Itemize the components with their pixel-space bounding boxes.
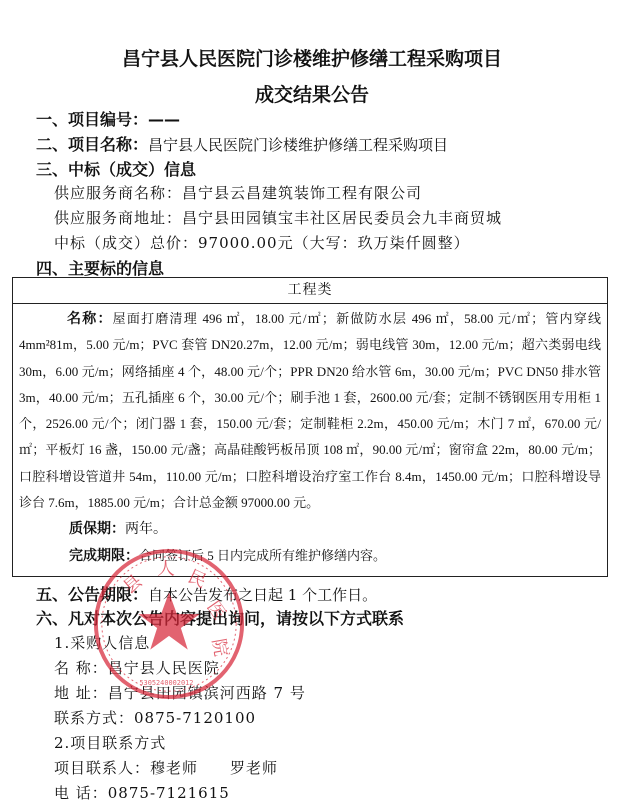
purchaser-address: 地 址：昌宁县田园镇滨河西路 7 号	[54, 682, 306, 703]
announcement-period-value: 自本公告发布之日起 1 个工作日。	[148, 586, 377, 604]
section-announcement-period: 五、公告期限：自本公告发布之日起 1 个工作日。	[36, 582, 377, 605]
section-contact: 六、凡对本次公告内容提出询问，请按以下方式联系	[36, 606, 404, 629]
section-label: 二、项目名称：	[36, 135, 148, 154]
section-label: 五、公告期限：	[36, 585, 148, 604]
document-title: 昌宁县人民医院门诊楼维护修缮工程采购项目	[0, 44, 624, 71]
supplier-name: 供应服务商名称：昌宁县云昌建筑装饰工程有限公司	[54, 182, 422, 203]
project-contact-heading: 2.项目联系方式	[54, 732, 166, 753]
section-project-name: 二、项目名称：昌宁县人民医院门诊楼维护修缮工程采购项目	[36, 132, 448, 155]
purchaser-heading: 1.采购人信息	[54, 632, 150, 653]
section-main-subject: 四、主要标的信息	[36, 256, 164, 279]
purchaser-name: 名 称：昌宁县人民医院	[54, 657, 220, 678]
deadline-row: 完成期限：合同签订后 5 日内完成所有维护修缮内容。	[19, 543, 601, 570]
name-label: 名称：	[67, 311, 113, 327]
section-project-number: 一、项目编号：——	[36, 107, 180, 130]
warranty-row: 质保期：两年。	[19, 516, 601, 543]
svg-text:院: 院	[208, 637, 232, 658]
warranty-value: 两年。	[125, 522, 167, 537]
purchaser-contact: 联系方式：0875-7120100	[54, 707, 256, 728]
announcement-page: 昌宁县人民医院门诊楼维护修缮工程采购项目 成交结果公告 一、项目编号：—— 二、…	[0, 0, 624, 806]
total-price: 中标（成交）总价：97000.00元（大写：玖万柒仟圆整）	[54, 232, 470, 253]
deadline-label: 完成期限：	[69, 548, 139, 564]
deadline-value: 合同签订后 5 日内完成所有维护修缮内容。	[139, 548, 386, 563]
warranty-label: 质保期：	[69, 521, 125, 537]
project-contacts: 项目联系人：穆老师 罗老师	[54, 757, 278, 778]
supplier-address: 供应服务商地址：昌宁县田园镇宝丰社区居民委员会九丰商贸城	[54, 207, 502, 228]
subject-table: 工程类 名称：屋面打磨清理 496 ㎡，18.00 元/㎡；新做防水层 496 …	[12, 277, 608, 577]
section-award-info: 三、中标（成交）信息	[36, 157, 196, 180]
project-number-value: ——	[148, 110, 180, 129]
document-subtitle: 成交结果公告	[0, 80, 624, 107]
project-name-value: 昌宁县人民医院门诊楼维护修缮工程采购项目	[148, 136, 448, 154]
table-body: 名称：屋面打磨清理 496 ㎡，18.00 元/㎡；新做防水层 496 ㎡，58…	[13, 304, 607, 570]
name-value: 屋面打磨清理 496 ㎡，18.00 元/㎡；新做防水层 496 ㎡，58.00…	[19, 311, 601, 510]
section-label: 一、项目编号：	[36, 110, 148, 129]
item-list: 名称：屋面打磨清理 496 ㎡，18.00 元/㎡；新做防水层 496 ㎡，58…	[19, 306, 601, 516]
project-phone: 电 话：0875-7121615	[54, 782, 230, 803]
table-header-category: 工程类	[13, 278, 607, 304]
